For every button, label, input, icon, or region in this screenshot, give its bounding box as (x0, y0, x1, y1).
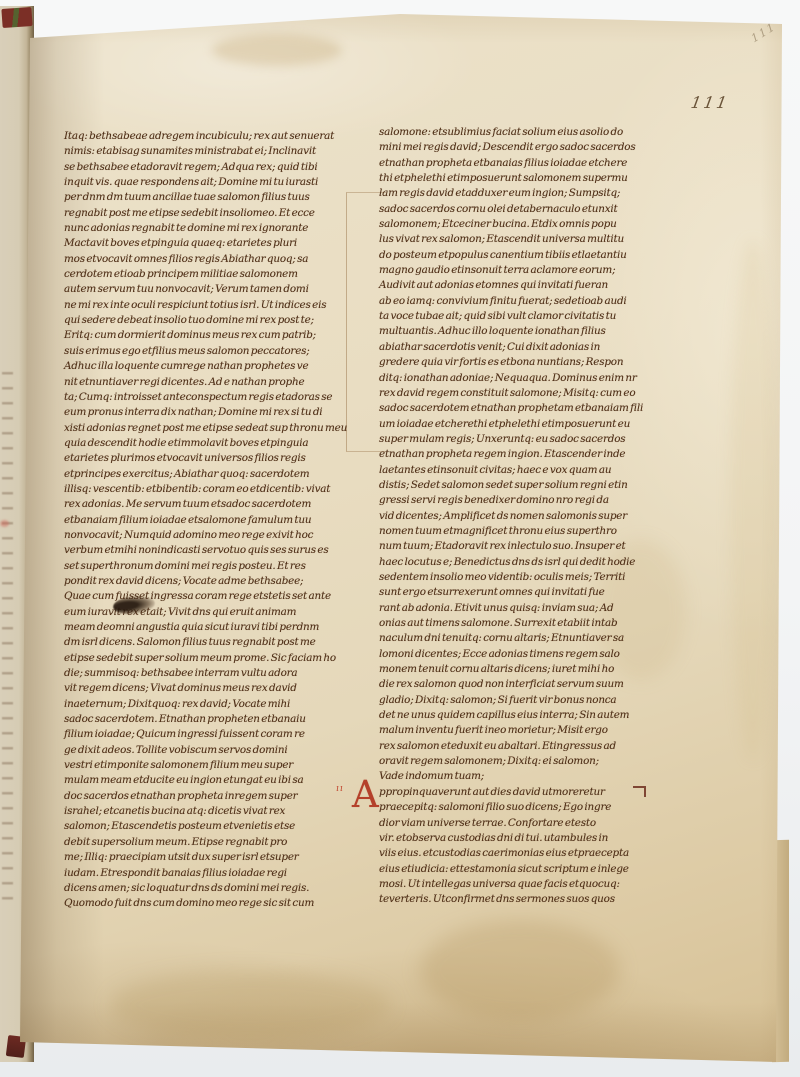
manuscript-text-line: do posteum etpopulus canentium tibiis et… (379, 248, 643, 263)
manuscript-page: 111 111 Itaq: bethsabeae adregem incubic… (0, 0, 800, 1077)
manuscript-text-line: etprincipes exercitus; Abiathar quoq: sa… (64, 467, 347, 482)
manuscript-text-line: sadoc sacerdotem. Etnathan propheten etb… (64, 712, 347, 727)
manuscript-text-line: praecepitq: salomoni filio suo dicens; E… (379, 800, 629, 815)
manuscript-text-line: viis eius. etcustodias caerimonias eius … (379, 846, 629, 861)
manuscript-text-line: quia descendit hodie etimmolavit boves e… (64, 436, 347, 451)
manuscript-text-line: multuantis. Adhuc illo loquente ionathan… (379, 324, 643, 339)
manuscript-text-line: ta voce tubae ait; quid sibi vult clamor… (379, 309, 643, 324)
manuscript-text-line: onias aut timens salomone. Surrexit etab… (379, 616, 643, 631)
manuscript-text-line: ditq: ionathan adoniae; Nequaqua. Dominu… (379, 371, 643, 386)
manuscript-text-line: etnathan propheta etbanaias filius ioiad… (379, 156, 643, 171)
manuscript-text-line: sadoc sacerdos cornu olei detabernaculo … (379, 202, 643, 217)
manuscript-text-line: salomonem; Etceciner bucina. Etdix omnis… (379, 217, 643, 232)
manuscript-text-line: abiathar sacerdotis venit; Cui dixit ado… (379, 340, 643, 355)
manuscript-photo: 111 111 Itaq: bethsabeae adregem incubic… (0, 0, 800, 1077)
manuscript-text-line: qui sedere debeat insolio tuo domine mi … (64, 313, 347, 328)
manuscript-text-line: etarietes plurimos etvocavit universos f… (64, 451, 347, 466)
manuscript-text-line: gladio; Dixitq: salomon; Si fuerit vir b… (379, 693, 643, 708)
parchment-stain (730, 240, 776, 760)
manuscript-text-line: teverteris. Utconfirmet dns sermones suo… (379, 892, 629, 907)
manuscript-text-line: malum inventu fuerit ineo morietur; Misi… (379, 723, 643, 738)
text-column-left: Itaq: bethsabeae adregem incubiculu; rex… (64, 129, 347, 912)
manuscript-text-line: rex salomon eteduxit eu abaltari. Etingr… (379, 739, 643, 754)
manuscript-text-line: mini mei regis david; Descendit ergo sad… (379, 140, 643, 155)
manuscript-text-line: nomen tuum etmagnificet thronu eius supe… (379, 524, 643, 539)
parchment-stain (110, 970, 390, 1040)
manuscript-text-line: rant ab adonia. Etivit unus quisq: invia… (379, 601, 643, 616)
manuscript-text-line: um ioiadae etcherethi etphelethi etimpos… (379, 417, 643, 432)
manuscript-text-line: haec locutus e; Benedictus dns ds isrl q… (379, 555, 643, 570)
manuscript-text-line: lus vivat rex salomon; Etascendit univer… (379, 232, 643, 247)
parchment-stain (212, 34, 342, 66)
manuscript-text-line: autem servum tuu nonvocavit; Verum tamen… (64, 282, 347, 297)
manuscript-text-line: suis erimus ego etfilius meus salomon pe… (64, 344, 347, 359)
manuscript-text-line: filium ioiadae; Quicum ingressi fuissent… (64, 727, 347, 742)
manuscript-text-line: salomon; Etascendetis posteum etvenietis… (64, 819, 347, 834)
manuscript-text-line: nimis: etabisag sunamites ministrabat ei… (64, 144, 347, 159)
manuscript-text-line: regnabit post me etipse sedebit insoliom… (64, 206, 347, 221)
manuscript-text-line: nunc adonias regnabit te domine mi rex i… (64, 221, 347, 236)
manuscript-text-line: ta; Cumq: introisset anteconspectum regi… (64, 390, 347, 405)
manuscript-text-line: inquit vis. quae respondens ait; Domine … (64, 175, 347, 190)
manuscript-text-line: meam deomni angustia quia sicut iuravi t… (64, 620, 347, 635)
manuscript-text-line: rex david regem constituit salomone; Mis… (379, 386, 643, 401)
manuscript-text-line: se bethsabee etadoravit regem; Adqua rex… (64, 160, 347, 175)
manuscript-text-line: Adhuc illa loquente cumrege nathan proph… (64, 359, 347, 374)
manuscript-text-line: nit etnuntiaver regi dicentes. Ad e nath… (64, 375, 347, 390)
manuscript-text-line: die; summisoq: bethsabee interram vultu … (64, 666, 347, 681)
parchment-stain (420, 920, 620, 1020)
manuscript-text-line: rex adonias. Me servum tuum etsadoc sace… (64, 497, 347, 512)
manuscript-text-line: doc sacerdos etnathan propheta inregem s… (64, 789, 347, 804)
manuscript-text-line: etnathan propheta regem ingion. Etascend… (379, 447, 643, 462)
manuscript-text-line: Vade indomum tuam; (379, 769, 643, 784)
manuscript-text-line: set superthronum domini mei regis posteu… (64, 559, 347, 574)
manuscript-text-line: num tuum; Etadoravit rex inlectulo suo. … (379, 539, 643, 554)
paragraph-mark (633, 786, 646, 797)
manuscript-text-line: mos etvocavit omnes filios regis Abiatha… (64, 252, 347, 267)
manuscript-text-line: vid dicentes; Amplificet ds nomen salomo… (379, 509, 643, 524)
manuscript-text-line: vir. etobserva custodias dni di tui. uta… (379, 831, 629, 846)
manuscript-text-line: eum iuravit rex etait; Vivit dns qui eru… (64, 605, 347, 620)
manuscript-text-line: naculum dni tenuitq: cornu altaris; Etnu… (379, 631, 643, 646)
manuscript-text-line: xisti adonias regnet post me etipse sede… (64, 421, 347, 436)
manuscript-text-line: illisq: vescentib: etbibentib: coram eo … (64, 482, 347, 497)
manuscript-text-line: me; Illiq: praecipiam utsit dux super is… (64, 850, 347, 865)
manuscript-text-line: nonvocavit; Numquid adomino meo rege exi… (64, 528, 347, 543)
manuscript-text-line: distis; Sedet salomon sedet super solium… (379, 478, 643, 493)
folio-number: 111 (688, 93, 733, 112)
manuscript-text-line: gredere quia vir fortis es etbona nuntia… (379, 355, 643, 370)
manuscript-text-line: Eritq: cum dormierit dominus meus rex cu… (64, 328, 347, 343)
manuscript-text-line: lam regis david etadduxer eum ingion; Su… (379, 186, 643, 201)
facing-page-text-fragments (2, 372, 13, 912)
manuscript-text-line: iudam. Etrespondit banaias filius ioiada… (64, 866, 347, 881)
manuscript-text-line: det ne unus quidem capillus eius interra… (379, 708, 643, 723)
manuscript-text-line: etipse sedebit super solium meum prome. … (64, 651, 347, 666)
manuscript-text-line: debit supersolium meum. Etipse regnabit … (64, 835, 347, 850)
manuscript-text-line: lomoni dicentes; Ecce adonias timens reg… (379, 647, 643, 662)
red-edge-smear (0, 520, 9, 527)
manuscript-text-line: vit regem dicens; Vivat dominus meus rex… (64, 681, 347, 696)
manuscript-text-line: Quae cum fuisset ingressa coram rege ets… (64, 589, 347, 604)
text-column-right-chapter-start: ppropinquaverunt aut dies david utmorere… (379, 785, 629, 908)
manuscript-text-line: eius etiudicia: ettestamonia sicut scrip… (379, 862, 629, 877)
manuscript-text-line: gressi servi regis benedixer domino nro … (379, 493, 643, 508)
manuscript-text-line: dior viam universe terrae. Confortare et… (379, 816, 629, 831)
manuscript-text-line: israhel; etcanetis bucina atq: dicetis v… (64, 804, 347, 819)
text-column-right: salomone: etsublimius faciat solium eius… (379, 125, 643, 785)
manuscript-text-line: Quomodo fuit dns cum domino meo rege sic… (64, 896, 347, 911)
rubricated-initial: A (352, 779, 380, 813)
manuscript-text-line: salomone: etsublimius faciat solium eius… (379, 125, 643, 140)
manuscript-text-line: Mactavit boves etpinguia quaeq: etariete… (64, 236, 347, 251)
manuscript-text-line: ab eo iamq: convivium finitu fuerat; sed… (379, 294, 643, 309)
manuscript-text-line: eum pronus interra dix nathan; Domine mi… (64, 405, 347, 420)
manuscript-text-line: cerdotem etioab principem militiae salom… (64, 267, 347, 282)
chapter-margin-mark: ıı (336, 784, 344, 794)
manuscript-text-line: sunt ergo etsurrexerunt omnes qui invita… (379, 585, 643, 600)
manuscript-text-line: per dnm dm tuum ancillae tuae salomon fi… (64, 190, 347, 205)
manuscript-text-line: etbanaiam filium ioiadae etsalomone famu… (64, 513, 347, 528)
manuscript-text-line: oravit regem salomonem; Dixitq: ei salom… (379, 754, 643, 769)
manuscript-text-line: laetantes etinsonuit civitas; haec e vox… (379, 463, 643, 478)
manuscript-text-line: sadoc sacerdotem etnathan prophetam etba… (379, 401, 643, 416)
manuscript-text-line: thi etphelethi etimposuerunt salomonem s… (379, 171, 643, 186)
manuscript-text-line: monem tenuit cornu altaris dicens; iuret… (379, 662, 643, 677)
manuscript-text-line: super mulam regis; Unxeruntq: eu sadoc s… (379, 432, 643, 447)
manuscript-text-line: sedentem insolio meo videntib: oculis me… (379, 570, 643, 585)
manuscript-text-line: ppropinquaverunt aut dies david utmorere… (379, 785, 629, 800)
manuscript-text-line: mosi. Ut intellegas universa quae facis … (379, 877, 629, 892)
manuscript-text-line: dm isrl dicens. Salomon filius tuus regn… (64, 635, 347, 650)
manuscript-text-line: pondit rex david dicens; Vocate adme bet… (64, 574, 347, 589)
manuscript-text-line: verbum etmihi nonindicasti servotuo quis… (64, 543, 347, 558)
manuscript-text-line: ge dixit adeos. Tollite vobiscum servos … (64, 743, 347, 758)
manuscript-text-line: Audivit aut adonias etomnes qui invitati… (379, 278, 643, 293)
manuscript-text-line: mulam meam etducite eu ingion etungat eu… (64, 773, 347, 788)
manuscript-text-line: ne mi rex inte oculi respiciunt totius i… (64, 298, 347, 313)
binding-endband-top (1, 7, 32, 28)
manuscript-text-line: magno gaudio etinsonuit terra aclamore e… (379, 263, 643, 278)
manuscript-text-line: dicens amen; sic loquatur dns ds domini … (64, 881, 347, 896)
manuscript-text-line: vestri etimponite salomonem filium meu s… (64, 758, 347, 773)
manuscript-text-line: inaeternum; Dixitquoq: rex david; Vocate… (64, 697, 347, 712)
manuscript-text-line: Itaq: bethsabeae adregem incubiculu; rex… (64, 129, 347, 144)
manuscript-text-line: die rex salomon quod non interficiat ser… (379, 677, 643, 692)
